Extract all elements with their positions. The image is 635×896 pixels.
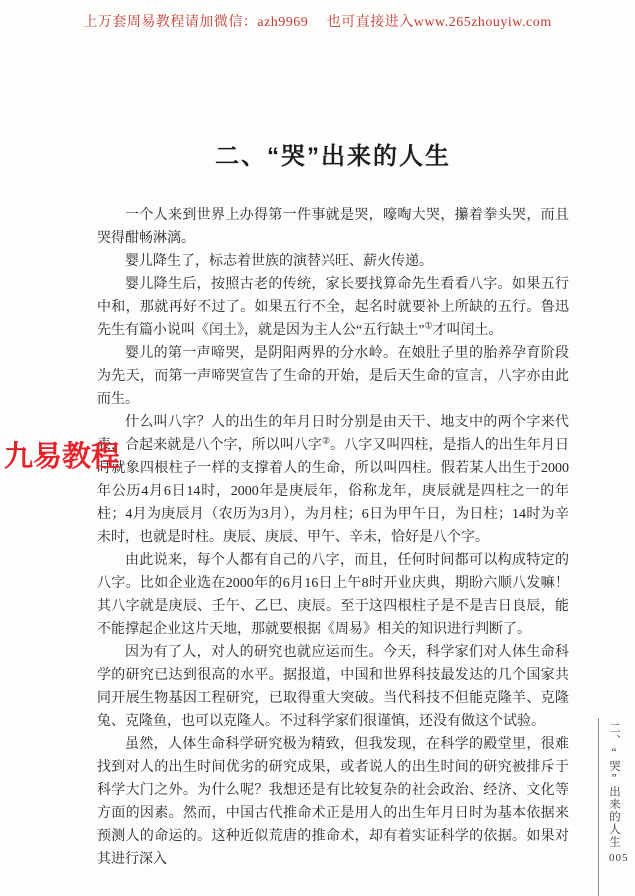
header-promo-note: 上万套周易教程请加微信：azh9969 也可直接进入www.265zhouyiw… — [0, 11, 635, 31]
paragraph: 什么叫八字？人的出生的年月日时分别是由天干、地支中的两个字来代表，合起来就是八个… — [97, 411, 569, 549]
paragraph: 婴儿降生后，按照古老的传统，家长要找算命先生看看八字。如果五行中和，那就再好不过… — [97, 273, 569, 342]
sidebar-rule — [598, 718, 599, 896]
book-page: 上万套周易教程请加微信：azh9969 也可直接进入www.265zhouyiw… — [0, 0, 635, 896]
paragraph: 婴儿降生了，标志着世族的演替兴旺、薪火传递。 — [97, 250, 569, 273]
paragraph-text: 因为有了人，对人的研究也就应运而生。今天，科学家们对人体生命科学的研究已达到很高… — [97, 645, 569, 729]
paragraph: 婴儿的第一声啼哭，是阴阳两界的分水岭。在娘肚子里的胎养孕育阶段为先天，而第一声啼… — [97, 342, 569, 411]
paragraph-text: 婴儿的第一声啼哭，是阴阳两界的分水岭。在娘肚子里的胎养孕育阶段为先天，而第一声啼… — [97, 346, 569, 407]
body-text-column: 一个人来到世界上办得第一件事就是哭，嚎啕大哭，攥着拳头哭，而且哭得酣畅淋漓。 婴… — [97, 204, 569, 871]
sidebar-chapter-title: 二、“哭”出来的人生 — [606, 722, 622, 848]
red-watermark-text: 九易教程 — [4, 434, 120, 475]
footnote-mark: ① — [424, 320, 432, 330]
page-number: 005 — [609, 852, 629, 864]
paragraph-text: 虽然，人体生命科学研究极为精致，但我发现，在科学的殿堂里，很难找到对人的出生时间… — [97, 737, 569, 867]
paragraph: 一个人来到世界上办得第一件事就是哭，嚎啕大哭，攥着拳头哭，而且哭得酣畅淋漓。 — [97, 204, 569, 250]
paragraph-text: 才叫闰土。 — [433, 323, 503, 338]
paragraph-text: 由此说来，每个人都有自己的八字，而且，任何时间都可以构成特定的八字。比如企业选在… — [97, 553, 569, 637]
page-title: 二、“哭”出来的人生 — [97, 136, 569, 171]
paragraph-text: 。八字又叫四柱，是指人的出生年月日时就象四根柱子一样的支撑着人的生命，所以叫四柱… — [97, 438, 569, 545]
footnote-mark: ② — [322, 435, 330, 445]
paragraph-text: 婴儿降生了，标志着世族的演替兴旺、薪火传递。 — [125, 254, 433, 269]
paragraph: 虽然，人体生命科学研究极为精致，但我发现，在科学的殿堂里，很难找到对人的出生时间… — [97, 733, 569, 871]
paragraph: 因为有了人，对人的研究也就应运而生。今天，科学家们对人体生命科学的研究已达到很高… — [97, 641, 569, 733]
paragraph: 由此说来，每个人都有自己的八字，而且，任何时间都可以构成特定的八字。比如企业选在… — [97, 549, 569, 641]
paragraph-text: 一个人来到世界上办得第一件事就是哭，嚎啕大哭，攥着拳头哭，而且哭得酣畅淋漓。 — [97, 208, 569, 246]
